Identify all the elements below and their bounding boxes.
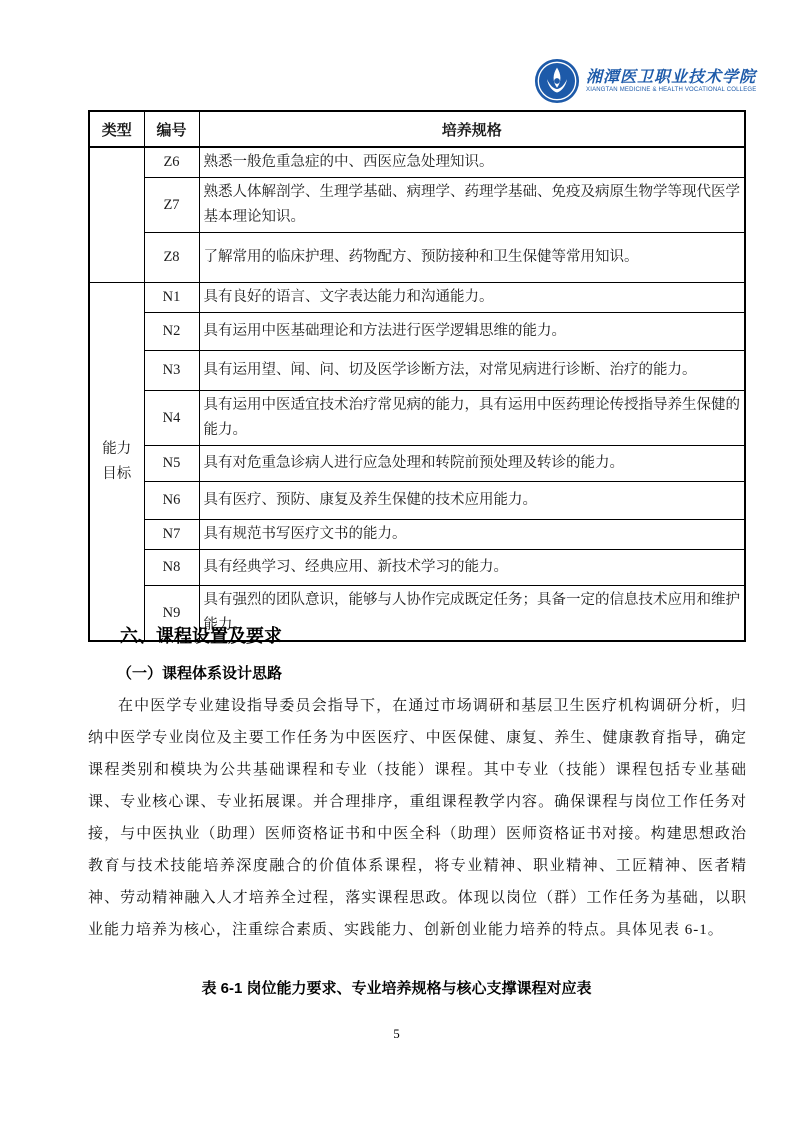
college-logo: 湘潭医卫职业技术学院 XIANGTAN MEDICINE & HEALTH VO… — [534, 58, 756, 104]
table-row: Z8 了解常用的临床护理、药物配方、预防接种和卫生保健等常用知识。 — [89, 233, 745, 283]
table-row: N5 具有对危重急诊病人进行应急处理和转院前预处理及转诊的能力。 — [89, 446, 745, 482]
spec-cell: 具有规范书写医疗文书的能力。 — [199, 520, 745, 550]
col-header-code: 编号 — [144, 111, 199, 147]
table-row: Z6 熟悉一般危重急症的中、西医应急处理知识。 — [89, 147, 745, 178]
col-header-type: 类型 — [89, 111, 144, 147]
spec-cell: 具有经典学习、经典应用、新技术学习的能力。 — [199, 550, 745, 586]
col-header-spec: 培养规格 — [199, 111, 745, 147]
code-cell: Z7 — [144, 178, 199, 233]
spec-cell: 熟悉一般危重急症的中、西医应急处理知识。 — [199, 147, 745, 178]
spec-cell: 了解常用的临床护理、药物配方、预防接种和卫生保健等常用知识。 — [199, 233, 745, 283]
code-cell: N3 — [144, 351, 199, 391]
table-row: N4 具有运用中医适宜技术治疗常见病的能力，具有运用中医药理论传授指导养生保健的… — [89, 391, 745, 446]
spec-cell: 具有运用中医适宜技术治疗常见病的能力，具有运用中医药理论传授指导养生保健的能力。 — [199, 391, 745, 446]
category-cell-knowledge — [89, 147, 144, 283]
code-cell: N2 — [144, 313, 199, 351]
logo-name-zh: 湘潭医卫职业技术学院 — [586, 69, 756, 87]
page-number: 5 — [0, 1026, 793, 1042]
code-cell: N6 — [144, 482, 199, 520]
spec-cell: 具有运用中医基础理论和方法进行医学逻辑思维的能力。 — [199, 313, 745, 351]
table-row: N2 具有运用中医基础理论和方法进行医学逻辑思维的能力。 — [89, 313, 745, 351]
spec-cell: 具有良好的语言、文字表达能力和沟通能力。 — [199, 283, 745, 313]
code-cell: N5 — [144, 446, 199, 482]
code-cell: N8 — [144, 550, 199, 586]
table-caption: 表 6-1 岗位能力要求、专业培养规格与核心支撑课程对应表 — [0, 977, 793, 998]
section-heading: 六、课程设置及要求 — [120, 622, 282, 648]
table-row: N6 具有医疗、预防、康复及养生保健的技术应用能力。 — [89, 482, 745, 520]
table-row: N8 具有经典学习、经典应用、新技术学习的能力。 — [89, 550, 745, 586]
code-cell: Z8 — [144, 233, 199, 283]
code-cell: N7 — [144, 520, 199, 550]
spec-cell: 具有医疗、预防、康复及养生保健的技术应用能力。 — [199, 482, 745, 520]
subsection-heading: （一）课程体系设计思路 — [117, 662, 282, 683]
code-cell: N4 — [144, 391, 199, 446]
document-page: 湘潭医卫职业技术学院 XIANGTAN MEDICINE & HEALTH VO… — [0, 0, 793, 1122]
table-row: Z7 熟悉人体解剖学、生理学基础、病理学、药理学基础、免疫及病原生物学等现代医学… — [89, 178, 745, 233]
logo-name-en: XIANGTAN MEDICINE & HEALTH VOCATIONAL CO… — [586, 87, 756, 94]
body-paragraph: 在中医学专业建设指导委员会指导下，在通过市场调研和基层卫生医疗机构调研分析，归纳… — [88, 690, 747, 946]
logo-text-block: 湘潭医卫职业技术学院 XIANGTAN MEDICINE & HEALTH VO… — [586, 69, 756, 93]
training-spec-table: 类型 编号 培养规格 Z6 熟悉一般危重急症的中、西医应急处理知识。 Z7 熟悉… — [88, 110, 746, 642]
code-cell: N1 — [144, 283, 199, 313]
category-cell-ability: 能力目标 — [89, 283, 144, 642]
spec-cell: 熟悉人体解剖学、生理学基础、病理学、药理学基础、免疫及病原生物学等现代医学基本理… — [199, 178, 745, 233]
table-row: N3 具有运用望、闻、问、切及医学诊断方法，对常见病进行诊断、治疗的能力。 — [89, 351, 745, 391]
table-row: N7 具有规范书写医疗文书的能力。 — [89, 520, 745, 550]
college-emblem-icon — [534, 58, 580, 104]
spec-cell: 具有对危重急诊病人进行应急处理和转院前预处理及转诊的能力。 — [199, 446, 745, 482]
spec-cell: 具有运用望、闻、问、切及医学诊断方法，对常见病进行诊断、治疗的能力。 — [199, 351, 745, 391]
table-row: 能力目标 N1 具有良好的语言、文字表达能力和沟通能力。 — [89, 283, 745, 313]
code-cell: Z6 — [144, 147, 199, 178]
table-header-row: 类型 编号 培养规格 — [89, 111, 745, 147]
